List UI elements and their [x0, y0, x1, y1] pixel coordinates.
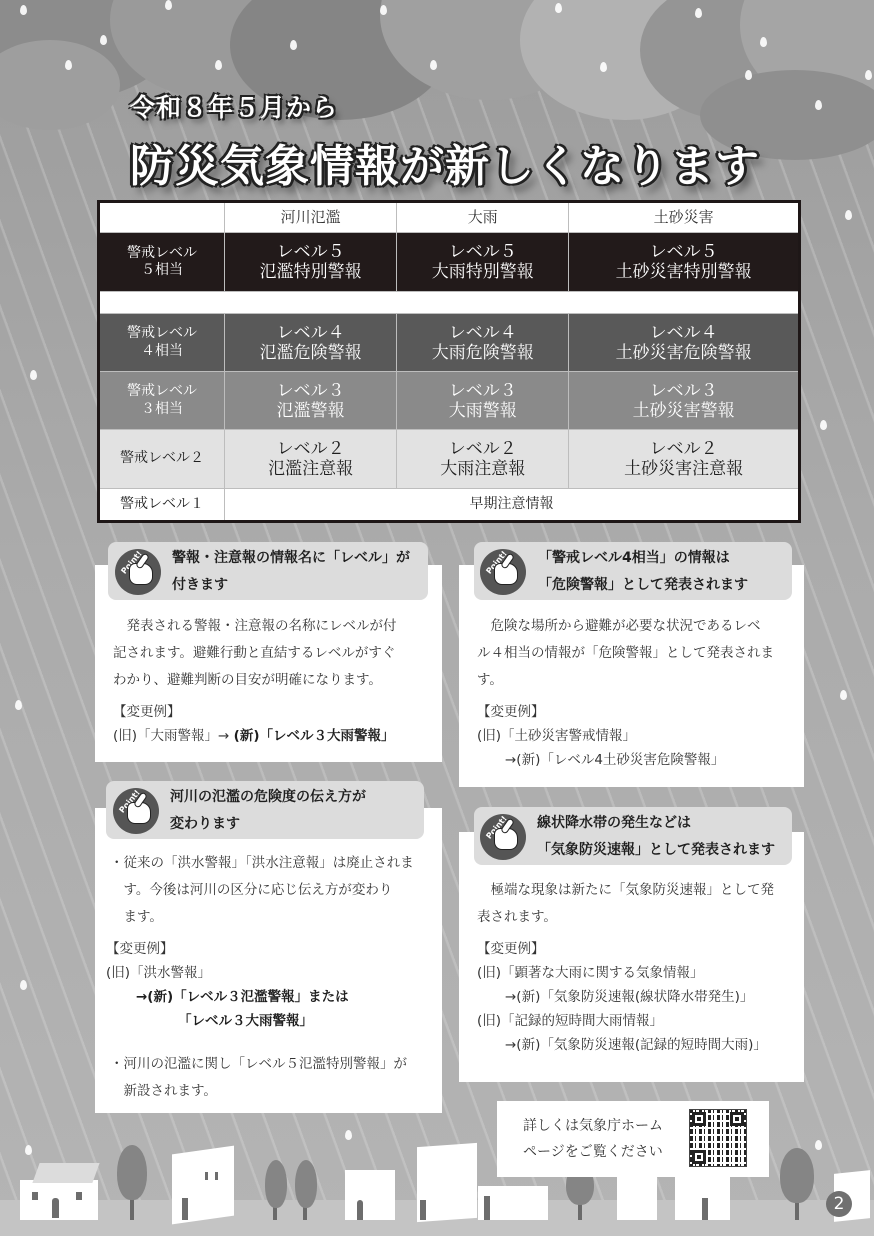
cell-level: レベル３ — [397, 381, 568, 401]
subtitle: 令和８年５月から — [130, 88, 760, 124]
cell-level: レベル４ — [569, 323, 798, 343]
bullet-line: ます。 — [110, 904, 440, 931]
example-old: (旧)「顕著な大雨に関する気象情報」 — [477, 961, 797, 985]
table-cell: レベル２ 大雨注意報 — [397, 430, 569, 489]
gap-cell — [99, 292, 800, 314]
example-old: (旧)「洪水警報」 — [106, 961, 440, 985]
change-example: 【変更例】 (旧)「洪水警報」 →(新)「レベル３氾濫警報」または 「レベル３大… — [106, 937, 440, 1033]
body-line: ル４相当の情報が「危険警報」として発表されま — [477, 640, 797, 667]
table-cell: レベル４ 大雨危険警報 — [397, 314, 569, 372]
card-body: ・従来の「洪水警報」「洪水注意報」は廃止されま す。今後は河川の区分に応じ伝え方… — [110, 850, 440, 1105]
point-hand-icon: Point! — [480, 549, 526, 595]
example-new: →(新)「気象防災速報(線状降水帯発生)」 — [477, 985, 797, 1009]
cell-name: 大雨注意報 — [397, 459, 568, 479]
table-cell: レベル３ 大雨警報 — [397, 372, 569, 430]
cell-name: 大雨警報 — [397, 401, 568, 421]
point-hand-icon: Point! — [113, 788, 159, 834]
point-hand-icon: Point! — [115, 549, 161, 595]
card-heading-text: 「警戒レベル4相当」の情報は 「危険警報」として発表されます — [538, 545, 748, 599]
table-gap-row — [99, 292, 800, 314]
table-cell: レベル４ 土砂災害危険警報 — [569, 314, 800, 372]
merged-cell-early-caution: 早期注意情報 — [225, 489, 800, 522]
body-line: 危険な場所から避難が必要な状況であるレベ — [477, 613, 797, 640]
table-cell: レベル４ 氾濫危険警報 — [225, 314, 397, 372]
card-body: 危険な場所から避難が必要な状況であるレベ ル４相当の情報が「危険警報」として発表… — [477, 613, 797, 772]
table-cell: レベル３ 氾濫警報 — [225, 372, 397, 430]
level-label: 警戒レベル ４相当 — [99, 314, 225, 372]
cell-level: レベル４ — [225, 323, 396, 343]
heading-line2: 「気象防災速報」として発表されます — [537, 837, 775, 864]
table-cell: レベル５ 大雨特別警報 — [397, 233, 569, 292]
cell-level: レベル２ — [225, 439, 396, 459]
level-label-line1: 警戒レベル — [100, 245, 224, 263]
change-example: 【変更例】 (旧)「土砂災害警戒情報」 →(新)「レベル4土砂災害危険警報」 — [477, 700, 797, 772]
card-body: 発表される警報・注意報の名称にレベルが付 記されます。避難行動と直結するレベルが… — [113, 613, 433, 748]
card-heading-text: 線状降水帯の発生などは 「気象防災速報」として発表されます — [537, 810, 775, 864]
page-title: 防災気象情報が新しくなります — [130, 130, 760, 194]
cell-level: レベル３ — [225, 381, 396, 401]
cell-name: 土砂災害注意報 — [569, 459, 798, 479]
table-cell: レベル２ 氾濫注意報 — [225, 430, 397, 489]
change-example: 【変更例】 (旧)「顕著な大雨に関する気象情報」 →(新)「気象防災速報(線状降… — [477, 937, 797, 1057]
card-body: 極端な現象は新たに「気象防災速報」として発 表されます。 【変更例】 (旧)「顕… — [477, 877, 797, 1057]
level-label-line2: ５相当 — [100, 262, 224, 280]
table-row-level-1: 警戒レベル１ 早期注意情報 — [99, 489, 800, 522]
heading-line1: 線状降水帯の発生などは — [537, 810, 775, 837]
card-heading-text: 河川の氾濫の危険度の伝え方が 変わります — [170, 784, 366, 838]
example-new: (新)「レベル３大雨警報」 — [234, 728, 395, 744]
cell-name: 氾濫注意報 — [225, 459, 396, 479]
example-new: →(新)「レベル4土砂災害危険警報」 — [477, 748, 797, 772]
cell-level: レベル２ — [397, 439, 568, 459]
cell-level: レベル４ — [397, 323, 568, 343]
example-label: 【変更例】 — [477, 700, 797, 724]
level-label-line2: ４相当 — [100, 343, 224, 361]
cell-level: レベル２ — [569, 439, 798, 459]
body-line: わかり、避難判断の目安が明確になります。 — [113, 667, 433, 694]
level-label-line2: ３相当 — [100, 401, 224, 419]
body-line: 発表される警報・注意報の名称にレベルが付 — [113, 613, 433, 640]
cell-name: 氾濫特別警報 — [225, 262, 396, 282]
table-cell: レベル２ 土砂災害注意報 — [569, 430, 800, 489]
heading-line2: 付きます — [172, 572, 410, 599]
example-new-alt: 「レベル３大雨警報」 — [106, 1009, 440, 1033]
example-old: (旧)「土砂災害警戒情報」 — [477, 724, 797, 748]
heading-line1: 河川の氾濫の危険度の伝え方が — [170, 784, 366, 811]
table-row-level-2: 警戒レベル２ レベル２ 氾濫注意報 レベル２ 大雨注意報 レベル２ 土砂災害注意… — [99, 430, 800, 489]
example-new: →(新)「気象防災速報(記録的短時間大雨)」 — [477, 1033, 797, 1057]
table-row-level-3: 警戒レベル ３相当 レベル３ 氾濫警報 レベル３ 大雨警報 レベル３ 土砂災害警… — [99, 372, 800, 430]
bullet-line: 新設されます。 — [110, 1078, 440, 1105]
body-line: 表されます。 — [477, 904, 797, 931]
title-block: 令和８年５月から 防災気象情報が新しくなります — [130, 88, 760, 194]
bullet-line: ・従来の「洪水警報」「洪水注意報」は廃止されま — [110, 850, 440, 877]
bullet-line: ・河川の氾濫に関し「レベル５氾濫特別警報」が — [110, 1051, 440, 1078]
table-header-row: 河川氾濫 大雨 土砂災害 — [99, 202, 800, 233]
more-info-line2: ページをご覧ください — [523, 1139, 663, 1165]
heading-line2: 「危険警報」として発表されます — [538, 572, 748, 599]
header-cell-river-flood: 河川氾濫 — [225, 202, 397, 233]
body-line: す。 — [477, 667, 797, 694]
more-info-text: 詳しくは気象庁ホーム ページをご覧ください — [523, 1113, 663, 1165]
example-old: (旧)「大雨警報」→ — [113, 728, 229, 744]
cell-name: 氾濫危険警報 — [225, 343, 396, 363]
bullet-2: ・河川の氾濫に関し「レベル５氾濫特別警報」が 新設されます。 — [110, 1051, 440, 1105]
cell-name: 大雨特別警報 — [397, 262, 568, 282]
cell-name: 氾濫警報 — [225, 401, 396, 421]
warning-level-table: 河川氾濫 大雨 土砂災害 警戒レベル ５相当 レベル５ 氾濫特別警報 レベル５ … — [97, 200, 801, 523]
cell-name: 土砂災害危険警報 — [569, 343, 798, 363]
cell-name: 大雨危険警報 — [397, 343, 568, 363]
table-cell: レベル５ 土砂災害特別警報 — [569, 233, 800, 292]
more-info-line1: 詳しくは気象庁ホーム — [523, 1113, 663, 1139]
page-number: 2 — [826, 1191, 852, 1217]
example-old: (旧)「記録的短時間大雨情報」 — [477, 1009, 797, 1033]
cell-name: 土砂災害警報 — [569, 401, 798, 421]
header-cell-empty — [99, 202, 225, 233]
example-label: 【変更例】 — [113, 700, 433, 724]
table-row-level-5: 警戒レベル ５相当 レベル５ 氾濫特別警報 レベル５ 大雨特別警報 レベル５ 土… — [99, 233, 800, 292]
qr-code-icon[interactable] — [689, 1109, 747, 1167]
example-new: →(新)「レベル３氾濫警報」または — [106, 985, 440, 1009]
table-cell: レベル５ 氾濫特別警報 — [225, 233, 397, 292]
table-row-level-4: 警戒レベル ４相当 レベル４ 氾濫危険警報 レベル４ 大雨危険警報 レベル４ 土… — [99, 314, 800, 372]
level-label: 警戒レベル１ — [99, 489, 225, 522]
level-label-line1: 警戒レベル — [100, 325, 224, 343]
example-label: 【変更例】 — [477, 937, 797, 961]
more-info-box: 詳しくは気象庁ホーム ページをご覧ください — [497, 1101, 769, 1177]
cell-level: レベル３ — [569, 381, 798, 401]
table-cell: レベル３ 土砂災害警報 — [569, 372, 800, 430]
level-label-line1: 警戒レベル — [100, 383, 224, 401]
cell-level: レベル５ — [569, 242, 798, 262]
example-line: (旧)「大雨警報」→ (新)「レベル３大雨警報」 — [113, 724, 433, 748]
heading-line2: 変わります — [170, 811, 366, 838]
level-label: 警戒レベル ３相当 — [99, 372, 225, 430]
cell-name: 土砂災害特別警報 — [569, 262, 798, 282]
body-line: 極端な現象は新たに「気象防災速報」として発 — [477, 877, 797, 904]
level-label: 警戒レベル２ — [99, 430, 225, 489]
heading-line1: 警報・注意報の情報名に「レベル」が — [172, 545, 410, 572]
header-cell-landslide: 土砂災害 — [569, 202, 800, 233]
card-heading-text: 警報・注意報の情報名に「レベル」が 付きます — [172, 545, 410, 599]
header-cell-heavy-rain: 大雨 — [397, 202, 569, 233]
cell-level: レベル５ — [397, 242, 568, 262]
body-line: 記されます。避難行動と直結するレベルがすぐ — [113, 640, 433, 667]
change-example: 【変更例】 (旧)「大雨警報」→ (新)「レベル３大雨警報」 — [113, 700, 433, 748]
example-label: 【変更例】 — [106, 937, 440, 961]
heading-line1: 「警戒レベル4相当」の情報は — [538, 545, 748, 572]
cell-level: レベル５ — [225, 242, 396, 262]
level-label: 警戒レベル ５相当 — [99, 233, 225, 292]
point-hand-icon: Point! — [480, 814, 526, 860]
bullet-line: す。今後は河川の区分に応じ伝え方が変わり — [110, 877, 440, 904]
